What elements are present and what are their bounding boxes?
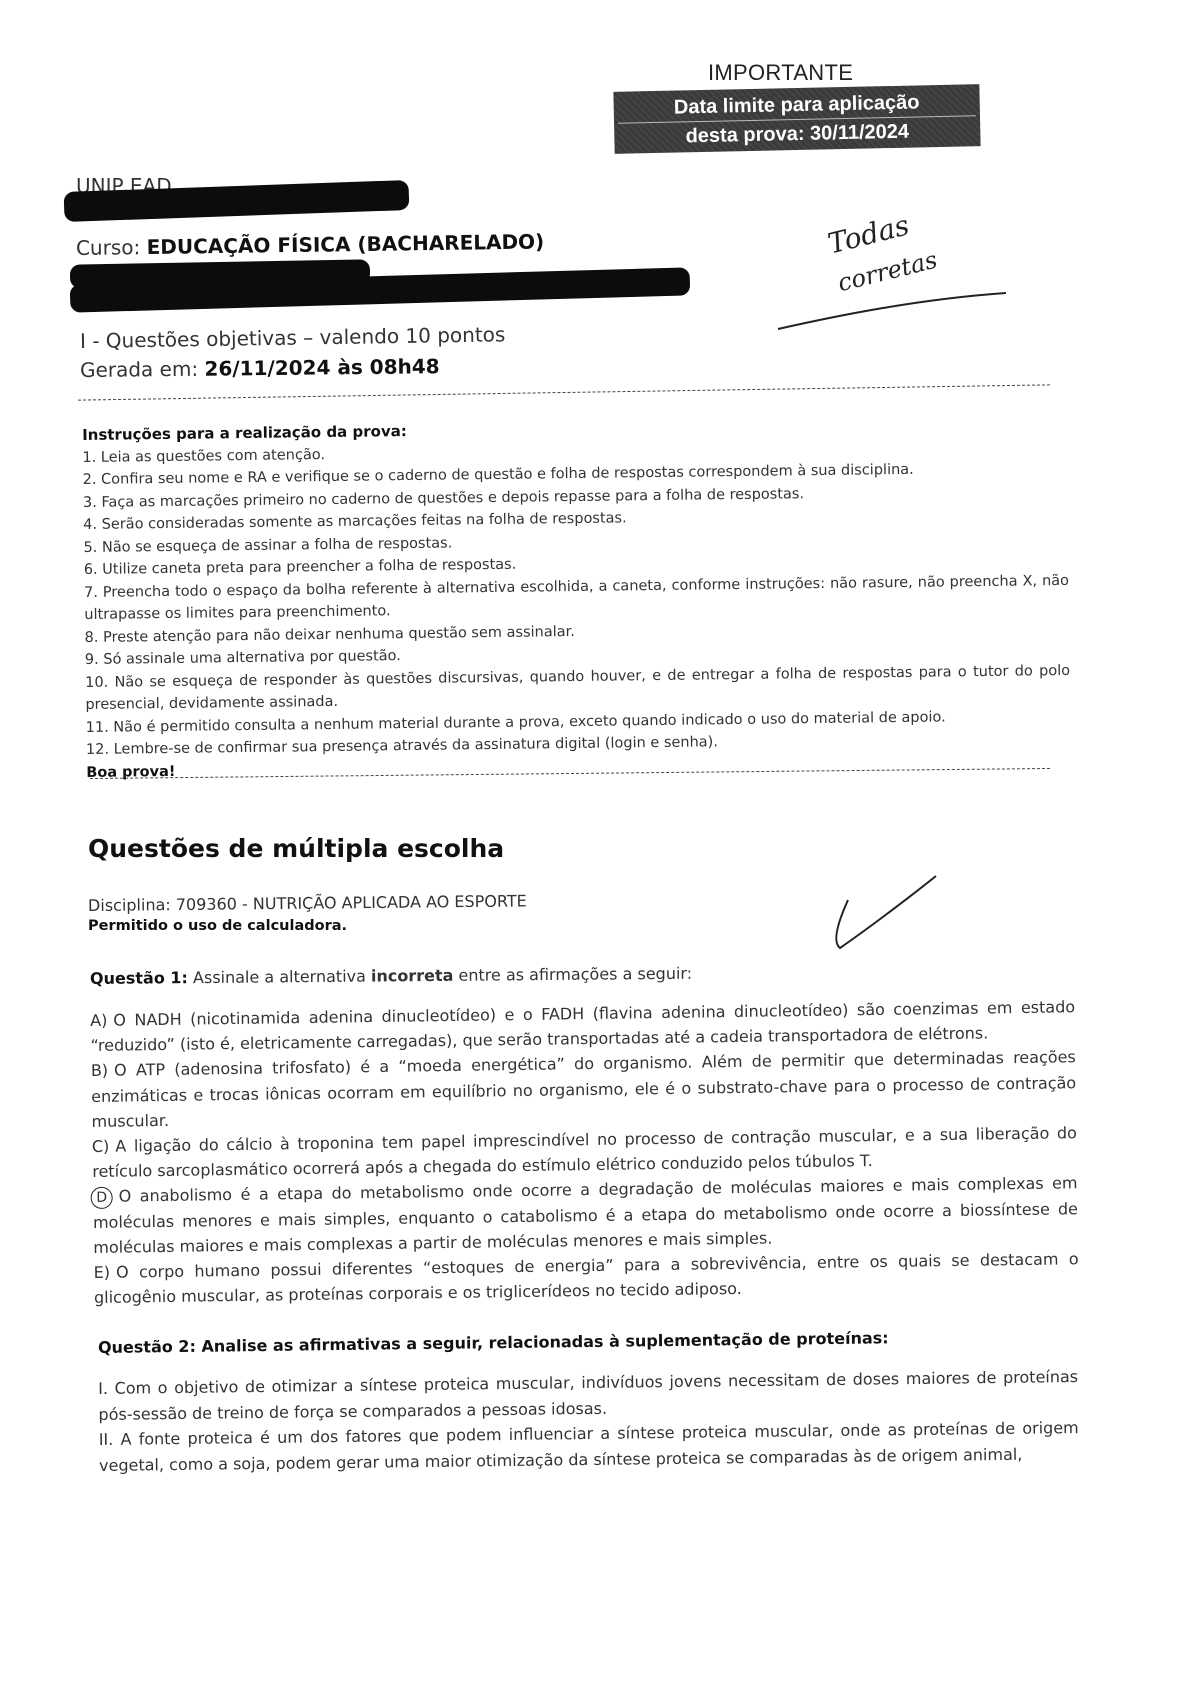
alternative-text: O corpo humano possui diferentes “estoqu… xyxy=(94,1249,1079,1307)
section-title: I - Questões objetivas – valendo 10 pont… xyxy=(80,322,506,353)
generated-value: 26/11/2024 às 08h48 xyxy=(204,354,439,380)
course-line: Curso: EDUCAÇÃO FÍSICA (BACHARELADO) xyxy=(76,229,545,260)
alternative-letter: C) xyxy=(92,1137,110,1156)
checkmark-icon xyxy=(826,870,946,960)
multiple-choice-title: Questões de múltipla escolha xyxy=(88,834,504,863)
alternative-letter: A) xyxy=(90,1011,107,1030)
course-label: Curso: xyxy=(76,235,141,260)
question-prompt: Analise as afirmativas a seguir, relacio… xyxy=(201,1328,888,1355)
deadline-notice: Data limite para aplicação desta prova: … xyxy=(613,84,980,154)
question-label: Questão 2: xyxy=(98,1337,196,1357)
circled-answer-icon: D xyxy=(91,1187,113,1209)
question-label: Questão 1: xyxy=(90,968,188,988)
alternative-b[interactable]: B)O ATP (adenosina trifosfato) é a “moed… xyxy=(91,1045,1077,1134)
alternative-letter: B) xyxy=(91,1061,108,1080)
alternative-text: O ATP (adenosina trifosfato) é a “moeda … xyxy=(91,1048,1076,1131)
question-1-alternatives: A)O NADH (nicotinamida adenina dinucleot… xyxy=(90,994,1079,1310)
discipline-label: Disciplina: 709360 - NUTRIÇÃO APLICADA A… xyxy=(88,891,527,915)
instructions-block: Instruções para a realização da prova: 1… xyxy=(82,412,1086,784)
handwritten-underline xyxy=(770,285,1010,335)
question-prompt-emphasis: incorreta xyxy=(371,966,454,986)
question-prompt: Assinale a alternativa xyxy=(193,967,366,988)
alternative-d-selected[interactable]: DO anabolismo é a etapa do metabolismo o… xyxy=(92,1171,1078,1260)
notice-title: IMPORTANTE xyxy=(708,60,853,86)
generated-line: Gerada em: 26/11/2024 às 08h48 xyxy=(80,354,440,382)
question-2-statements: I. Com o objetivo de otimizar a síntese … xyxy=(98,1364,1079,1478)
question-prompt: entre as afirmações a seguir: xyxy=(458,964,692,985)
question-1-prompt: Questão 1: Assinale a alternativa incorr… xyxy=(90,961,692,991)
question-2-prompt: Questão 2: Analise as afirmativas a segu… xyxy=(98,1328,889,1357)
statement-item: II. A fonte proteica é um dos fatores qu… xyxy=(99,1415,1080,1478)
separator-line xyxy=(78,384,1050,400)
generated-label: Gerada em: xyxy=(80,357,198,382)
alternative-letter: E) xyxy=(94,1263,111,1282)
alternative-text: O anabolismo é a etapa do metabolismo on… xyxy=(93,1174,1078,1257)
course-value: EDUCAÇÃO FÍSICA (BACHARELADO) xyxy=(146,229,544,259)
calculator-note: Permitido o uso de calculadora. xyxy=(88,918,347,934)
